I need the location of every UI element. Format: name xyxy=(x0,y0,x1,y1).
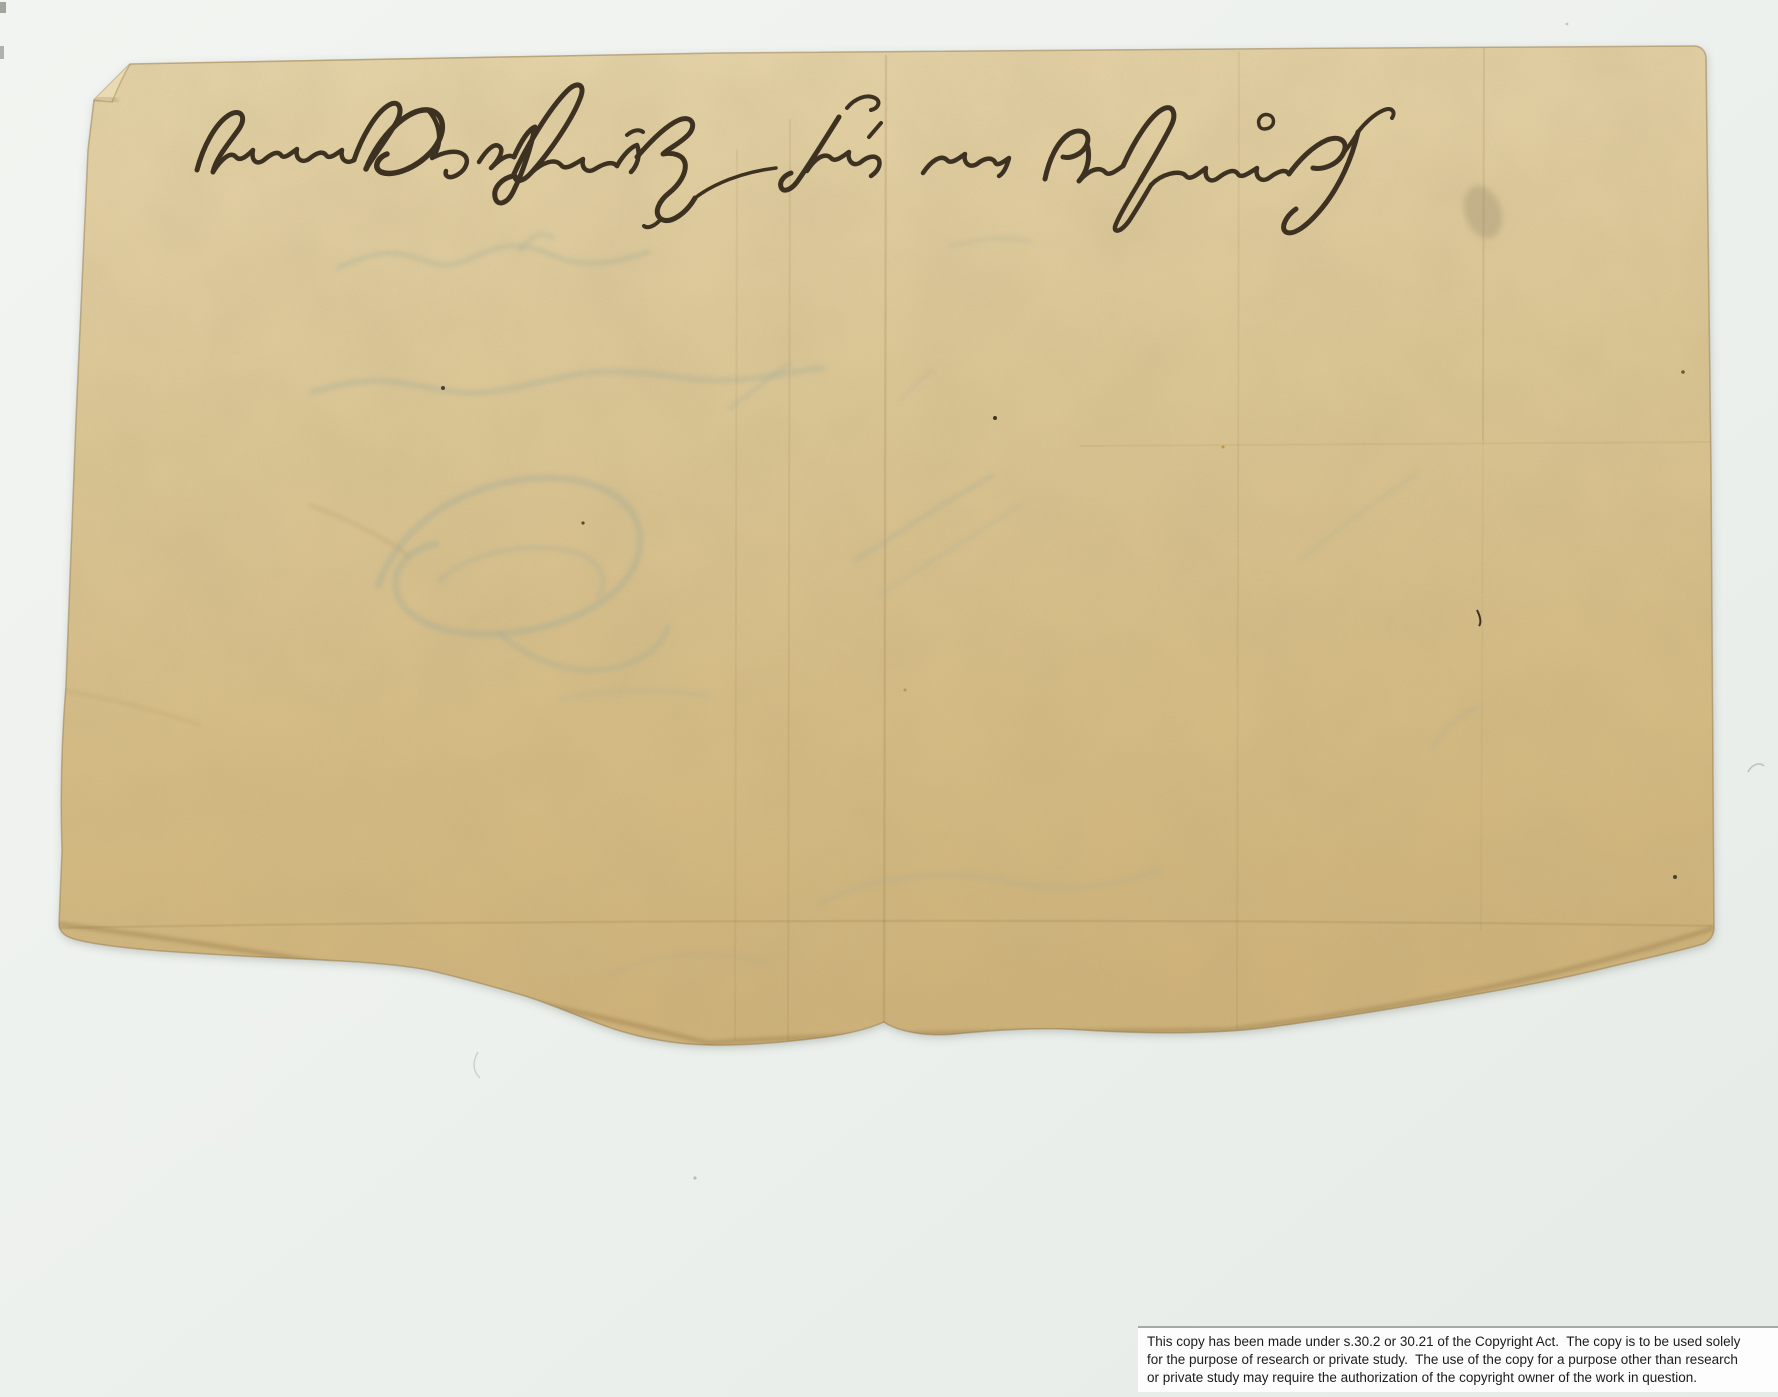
dust-speck xyxy=(693,1176,696,1179)
copyright-notice-line: for the purpose of research or private s… xyxy=(1147,1351,1778,1369)
copyright-notice-line: This copy has been made under s.30.2 or … xyxy=(1147,1333,1778,1351)
scan-edge-artifact xyxy=(0,46,4,59)
scan-artwork xyxy=(0,0,1778,1397)
dust-speck xyxy=(1566,23,1569,26)
scanned-page: This copy has been made under s.30.2 or … xyxy=(0,0,1778,1397)
copyright-notice: This copy has been made under s.30.2 or … xyxy=(1138,1326,1778,1392)
paper-fragment xyxy=(40,30,1730,1060)
copyright-notice-line: or private study may require the authori… xyxy=(1147,1369,1778,1387)
scan-edge-artifact xyxy=(0,2,6,13)
